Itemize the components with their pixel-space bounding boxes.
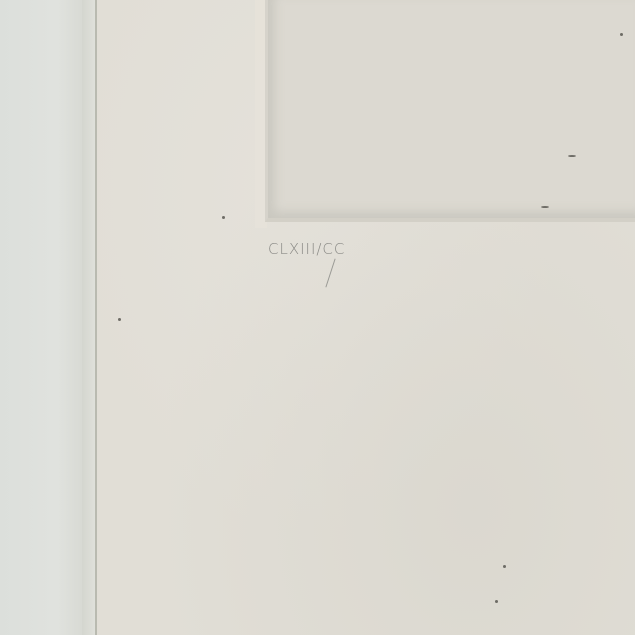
paper-speck [118,318,121,321]
paper-speck [620,33,623,36]
paper-speck [568,155,576,157]
frame-mat [0,0,82,635]
mat-bevel [82,0,95,635]
paper-speck [222,216,225,219]
paper-speck [541,206,549,208]
edition-number: CLXIII/CC [268,240,345,258]
plate-mark-impression [265,0,635,222]
paper-speck [503,565,506,568]
paper-speck [495,600,498,603]
